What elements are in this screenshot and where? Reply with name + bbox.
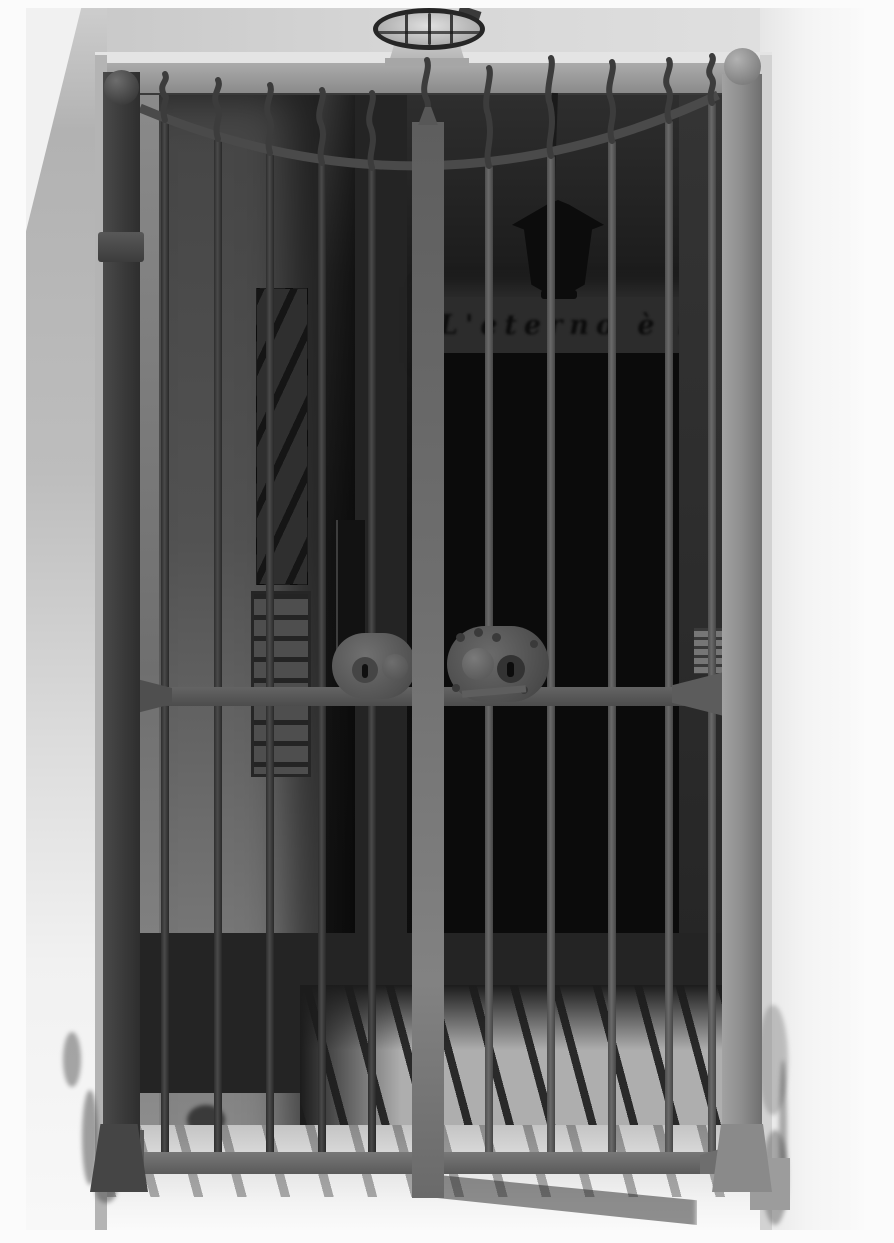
lock-rivet xyxy=(452,684,460,692)
lock-rivet xyxy=(474,628,483,637)
gate-bar xyxy=(608,140,616,1171)
ball-finial-left xyxy=(104,70,139,105)
keyhole-slot-right xyxy=(507,662,514,677)
framed-notice xyxy=(251,591,311,777)
lock-knob-right xyxy=(462,648,494,680)
wall-stain xyxy=(63,1032,81,1087)
photograph: L'eterno è la mi xyxy=(26,8,864,1230)
gate-bar xyxy=(665,120,673,1171)
photo-print: L'eterno è la mi xyxy=(0,0,894,1243)
lock-knob-left xyxy=(382,654,408,680)
lock-rivet xyxy=(492,633,501,642)
gate-post-right-foot xyxy=(712,1124,772,1192)
ball-finial-right xyxy=(724,48,761,85)
poster-dark xyxy=(256,288,308,585)
gate-post-right xyxy=(722,74,762,1192)
lamp-cage-band xyxy=(378,31,480,34)
gate-bar xyxy=(266,152,274,1171)
centre-stile xyxy=(412,122,444,1198)
lock-rivet xyxy=(456,633,465,642)
gate-bar xyxy=(161,119,169,1171)
gate-bar xyxy=(318,162,326,1171)
hinge-strap xyxy=(98,232,144,262)
gate-bar xyxy=(214,138,222,1171)
lock-rivet xyxy=(530,640,538,648)
keyhole-slot-left xyxy=(362,664,368,678)
